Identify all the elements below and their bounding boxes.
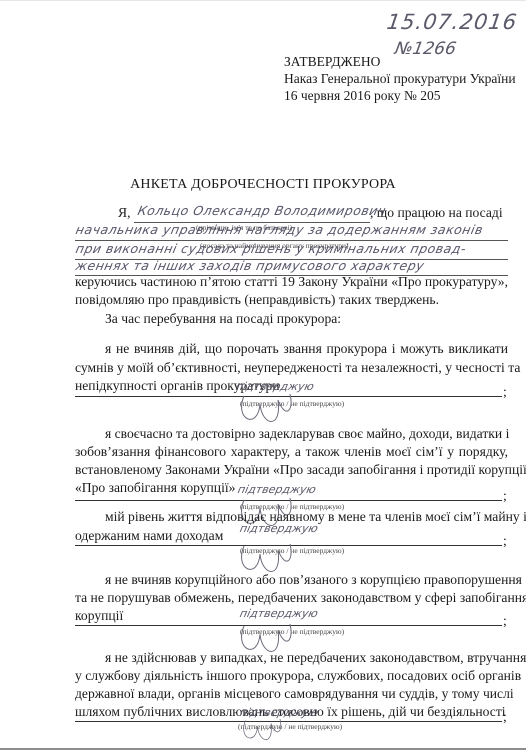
handwritten-full-name: Кольцо Олександр Володимирович [136, 203, 387, 218]
intro-prefix: Я, [118, 205, 138, 221]
statement-4-line-2: та не порушував обмежень, передбачених з… [75, 590, 508, 606]
handwritten-position-line-2: при виконанні судових рішень у криміналь… [74, 241, 467, 256]
statement-2-line-2: зобов’язання фінансового характеру, а та… [75, 444, 508, 460]
intro-declaration: повідомляю про правдивість (неправдивіст… [75, 292, 508, 308]
statement-2-line-3: встановленому Законами України «Про заса… [75, 462, 508, 478]
handwritten-position-line-1: начальника управління нагляду за додержа… [74, 222, 484, 237]
statement-5-line-1: я не здійснював у випадках, не передбаче… [105, 650, 508, 666]
handwritten-registration-date: 15.07.2016 [385, 10, 519, 34]
statement-4-handwritten-answer: підтверджую [239, 607, 320, 620]
statement-5-line-3: державної влади, органів місцевого самов… [75, 686, 508, 702]
statement-2-line-1: я своєчасно та достовірно задекларував с… [105, 426, 508, 442]
statement-5-semicolon: ; [503, 709, 507, 725]
approval-date-line: 16 червня 2016 року № 205 [284, 87, 516, 104]
intro-period: За час перебування на посаді прокурора: [105, 311, 508, 327]
document-title: АНКЕТА ДОБРОЧЕСНОСТІ ПРОКУРОРА [0, 177, 526, 193]
statement-5-line-2: у службову діяльність іншого прокурора, … [75, 668, 508, 684]
page-top-edge [0, 0, 526, 1]
approval-heading: ЗАТВЕРДЖЕНО [284, 53, 516, 70]
statement-1-line-2: сумнів у моїй об’єктивності, неупереджен… [75, 360, 508, 376]
statement-1-semicolon: ; [503, 384, 507, 400]
statement-4-line-1: я не вчиняв корупційного або пов’язаного… [105, 572, 508, 588]
statement-4-semicolon: ; [503, 613, 507, 629]
approval-order-line: Наказ Генеральної прокуратури України [284, 70, 516, 87]
signature-flourish-icon [238, 390, 294, 430]
statement-3-handwritten-answer: підтверджую [239, 522, 320, 535]
intro-suffix: , що працюю на посаді [370, 205, 508, 221]
statement-1-line-1: я не вчиняв дій, що порочать звання прок… [105, 341, 508, 357]
signature-flourish-icon [234, 716, 290, 746]
approval-block: ЗАТВЕРДЖЕНО Наказ Генеральної прокуратур… [284, 53, 516, 104]
handwritten-position-line-3: женнях та інших заходів примусового хара… [74, 258, 425, 273]
document-page: 15.07.2016 №1266 ЗАТВЕРДЖЕНО Наказ Генер… [0, 0, 526, 748]
statement-2-semicolon: ; [503, 488, 507, 504]
statement-3-semicolon: ; [503, 533, 507, 549]
intro-law-reference: керуючись частиною п’ятою статті 19 Зако… [75, 274, 508, 290]
